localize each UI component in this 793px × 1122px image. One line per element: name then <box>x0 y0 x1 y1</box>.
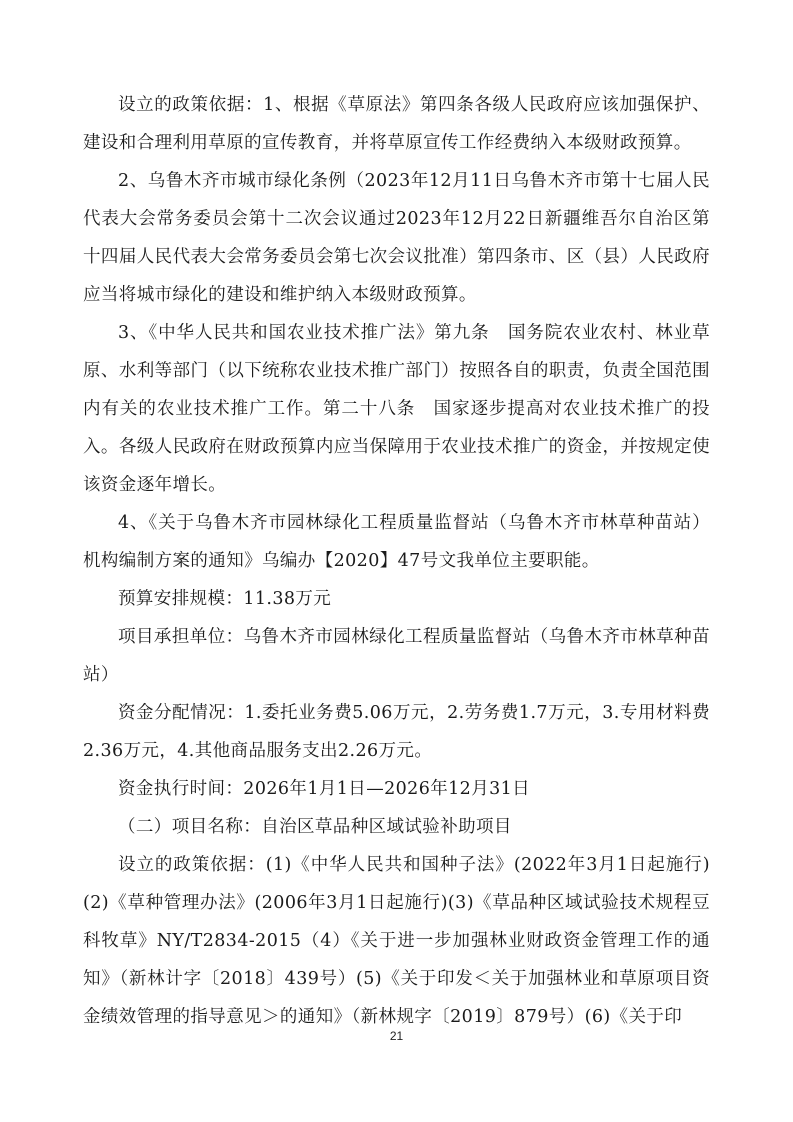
document-page: 设立的政策依据：1、根据《草原法》第四条各级人民政府应该加强保护、建设和合理利用… <box>0 0 793 1122</box>
project-name-heading: （二）项目名称：自治区草品种区域试验补助项目 <box>83 808 710 846</box>
policy-basis-paragraph-4: 4、《关于乌鲁木齐市园林绿化工程质量监督站（乌鲁木齐市林草种苗站）机构编制方案的… <box>83 504 710 580</box>
policy-basis-paragraph-3: 3、《中华人民共和国农业技术推广法》第九条 国务院农业农村、林业草原、水利等部门… <box>83 314 710 504</box>
page-number: 21 <box>0 1029 793 1043</box>
document-body: 设立的政策依据：1、根据《草原法》第四条各级人民政府应该加强保护、建设和合理利用… <box>83 86 710 1036</box>
policy-basis-project-2: 设立的政策依据：(1)《中华人民共和国种子法》(2022年3月1日起施行)(2)… <box>83 846 710 1036</box>
policy-basis-paragraph-2: 2、乌鲁木齐市城市绿化条例（2023年12月11日乌鲁木齐市第十七届人民代表大会… <box>83 162 710 314</box>
fund-execution-time: 资金执行时间：2026年1月1日—2026年12月31日 <box>83 770 710 808</box>
budget-scale: 预算安排规模：11.38万元 <box>83 580 710 618</box>
project-undertaker: 项目承担单位：乌鲁木齐市园林绿化工程质量监督站（乌鲁木齐市林草种苗站） <box>83 618 710 694</box>
policy-basis-paragraph-1: 设立的政策依据：1、根据《草原法》第四条各级人民政府应该加强保护、建设和合理利用… <box>83 86 710 162</box>
fund-allocation: 资金分配情况：1.委托业务费5.06万元，2.劳务费1.7万元，3.专用材料费2… <box>83 694 710 770</box>
